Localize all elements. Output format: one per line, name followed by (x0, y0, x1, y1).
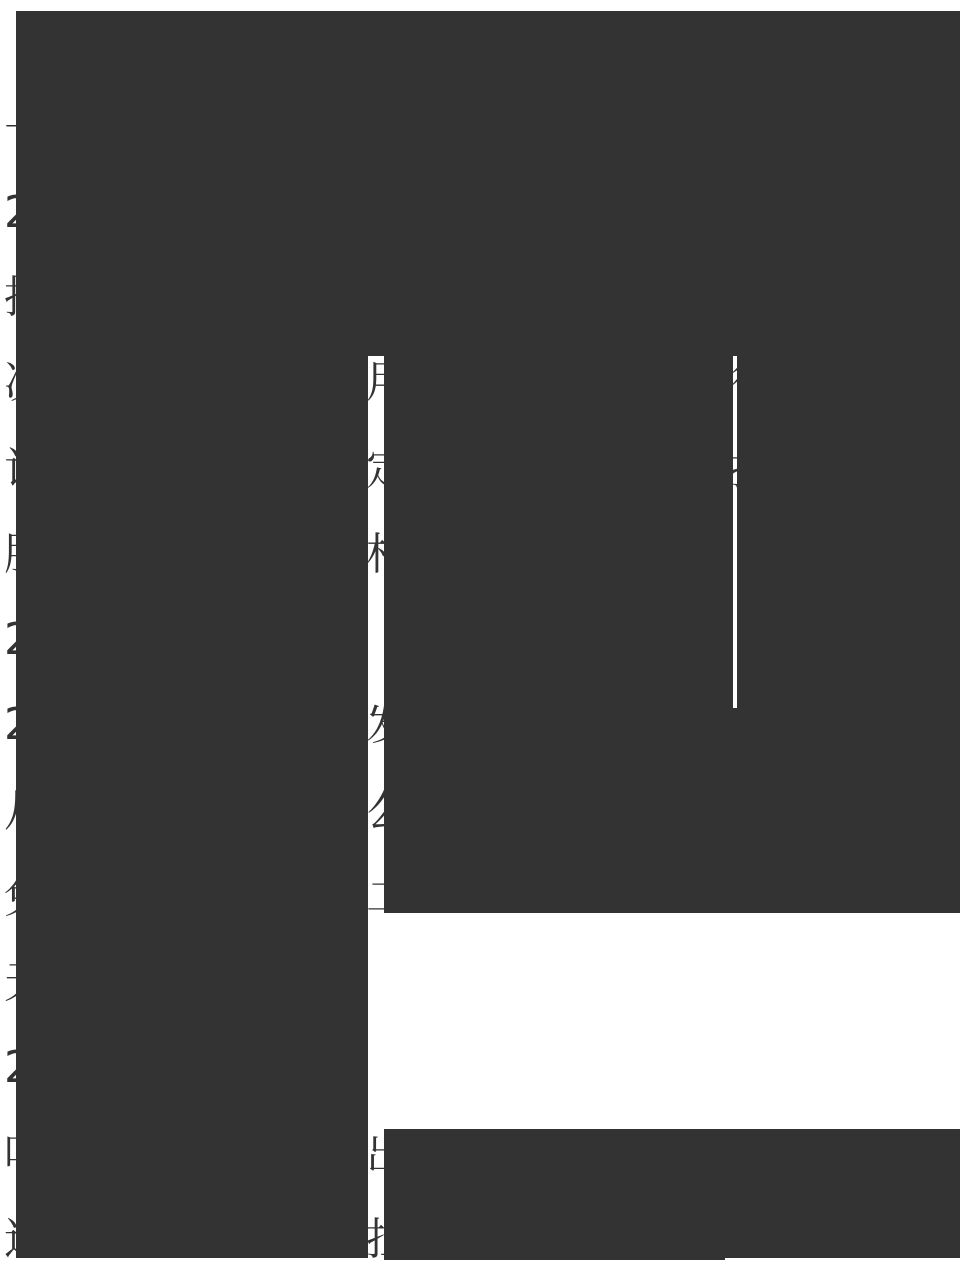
document-page: 一 2 技 决 用 行 记 定 持 服 相 2 2 发 品 从 么 免 二 天 … (0, 0, 964, 1283)
redaction-block-middle (384, 708, 960, 913)
redaction-block-right-strip (737, 356, 960, 708)
redaction-block-bottom (384, 1129, 960, 1258)
redaction-block-left (16, 11, 368, 1258)
redaction-block-top (368, 11, 960, 356)
redaction-block-center (384, 356, 733, 708)
redaction-block-bottom-tail (384, 1258, 725, 1260)
